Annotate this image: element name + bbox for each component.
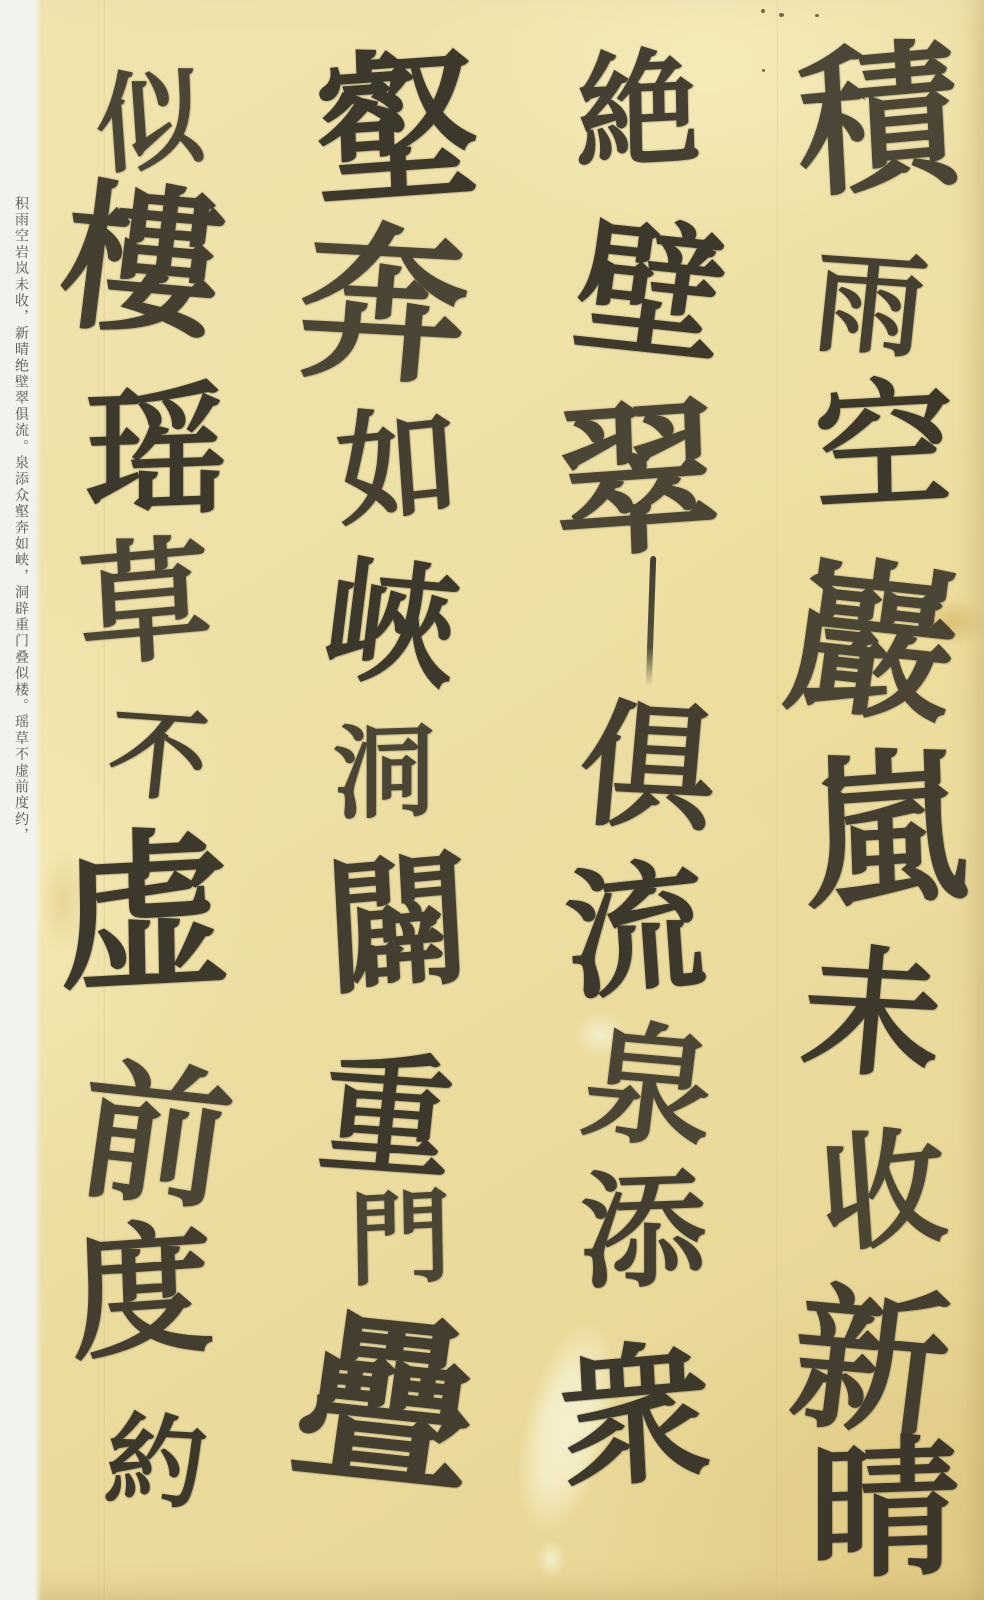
calligraphy-char: 峽 <box>318 555 466 698</box>
ink-speck <box>815 14 819 17</box>
calligraphy-char: 添 <box>580 1166 706 1296</box>
calligraphy-char: 前 <box>70 1055 240 1219</box>
calligraphy-char: 雨 <box>808 246 931 365</box>
calligraphy-char: 晴 <box>809 1432 959 1587</box>
calligraphy-column-4: 似樓瑶草不虚前度約 <box>0 0 984 1600</box>
calligraphy-char: 新 <box>783 1279 956 1446</box>
calligraphy-char: 嵐 <box>801 742 971 919</box>
calligraphy-char: 衆 <box>556 1336 713 1499</box>
ink-speck <box>761 9 765 13</box>
brush-tail-stroke <box>646 556 657 686</box>
calligraphy-char: 奔 <box>293 218 475 394</box>
calligraphy-column-1: 積雨空巖嵐未收新晴 <box>0 0 984 1600</box>
calligraphy-char: 壑 <box>313 42 480 215</box>
ink-speck <box>762 69 765 72</box>
calligraphy-char: 約 <box>102 1410 211 1515</box>
calligraphy-char: 如 <box>333 399 463 534</box>
calligraphy-char: 度 <box>69 1217 216 1369</box>
calligraphy-char: 流 <box>560 855 709 1009</box>
paper-crease <box>103 0 106 1600</box>
calligraphy-char: 未 <box>797 942 947 1087</box>
calligraphy-column-2: 絶壁翠俱流泉添衆 <box>0 0 984 1600</box>
calligraphy-char: 翠 <box>552 392 722 569</box>
calligraphy-char: 似 <box>93 62 208 181</box>
calligraphy-char: 疊 <box>283 1303 489 1502</box>
calligraphy-char: 門 <box>348 1185 452 1292</box>
paper-sheet: 積雨空巖嵐未收新晴 絶壁翠俱流泉添衆 壑奔如峽洞闢重門疊 似樓瑶草不虚前度約 <box>0 0 984 1600</box>
paper-stain <box>536 1540 566 1578</box>
calligraphy-char: 積 <box>794 33 962 207</box>
calligraphy-char: 瑶 <box>85 379 227 526</box>
calligraphy-char: 重 <box>314 1048 459 1189</box>
margin-transcription: 积雨空岩岚未收，新晴绝壁翠俱流。泉添众壑奔如峡，洞辟重门叠似楼。瑶草不虚前度约， <box>9 196 31 896</box>
calligraphy-char: 巖 <box>778 550 968 734</box>
paper-crease <box>776 0 779 1600</box>
calligraphy-scan: 積雨空巖嵐未收新晴 絶壁翠俱流泉添衆 壑奔如峽洞闢重門疊 似樓瑶草不虚前度約 积… <box>0 0 984 1600</box>
paper-stain <box>922 596 984 648</box>
left-margin-strip: 积雨空岩岚未收，新晴绝壁翠俱流。泉添众壑奔如峡，洞辟重门叠似楼。瑶草不虚前度约， <box>0 0 42 1600</box>
ink-speck <box>779 13 784 17</box>
paper-stain <box>499 1311 635 1543</box>
calligraphy-char: 草 <box>76 532 214 675</box>
calligraphy-char: 泉 <box>576 1017 721 1157</box>
calligraphy-char: 壁 <box>567 211 735 373</box>
calligraphy-char: 闢 <box>321 846 474 1005</box>
calligraphy-char: 不 <box>104 705 212 809</box>
calligraphy-char: 樓 <box>53 176 232 349</box>
calligraphy-char: 俱 <box>574 697 722 840</box>
calligraphy-char: 絶 <box>574 45 702 178</box>
calligraphy-char: 洞 <box>333 720 435 826</box>
calligraphy-column-3: 壑奔如峽洞闢重門疊 <box>0 0 984 1600</box>
calligraphy-char: 收 <box>816 1122 950 1261</box>
paper-stain <box>40 846 86 956</box>
calligraphy-char: 虚 <box>58 824 231 1003</box>
paper-stain <box>575 1012 627 1058</box>
calligraphy-char: 空 <box>814 374 954 519</box>
